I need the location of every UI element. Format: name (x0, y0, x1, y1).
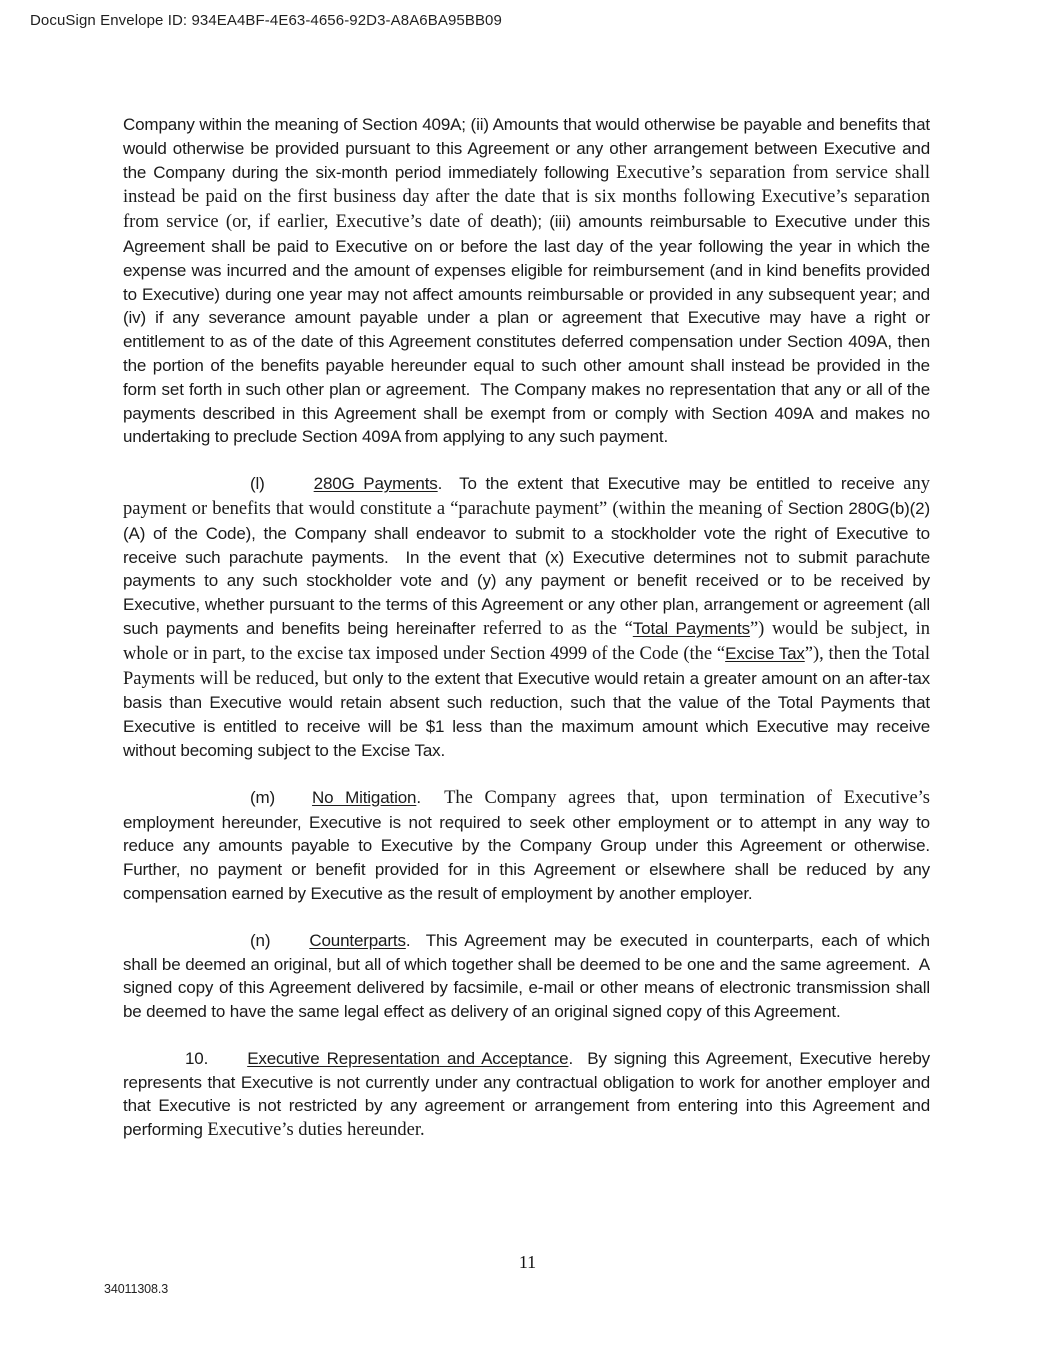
docusign-envelope-id: DocuSign Envelope ID: 934EA4BF-4E63-4656… (30, 12, 502, 29)
section-label: 10. (185, 1049, 208, 1068)
defined-term: Total Payments (633, 619, 750, 638)
text-run: referred to as the “ (483, 619, 633, 639)
defined-term: Excise Tax (725, 644, 805, 663)
paragraph: 10.Executive Representation and Acceptan… (123, 1047, 930, 1143)
tab-spacer (275, 802, 312, 803)
paragraph: (m)No Mitigation. The Company agrees tha… (123, 786, 930, 906)
text-run: death); (iii) amounts reimbursable to Ex… (123, 212, 935, 446)
paragraph: (n)Counterparts. This Agreement may be e… (123, 929, 930, 1024)
text-run: . This Agreement may be executed in coun… (123, 931, 935, 1021)
paragraph: (l)280G Payments. To the extent that Exe… (123, 472, 930, 763)
text-run: . (416, 788, 444, 807)
tab-spacer (270, 945, 309, 946)
tab-spacer (265, 488, 314, 489)
section-label: (n) (250, 931, 270, 950)
tab-spacer (208, 1063, 247, 1064)
document-page: { "colors": { "text": "#1a1a1a", "backgr… (0, 0, 1055, 1365)
text-run: . To the extent that Executive may be en… (438, 474, 904, 493)
section-label: (l) (250, 474, 265, 493)
section-label: (m) (250, 788, 275, 807)
text-run: Section 280G(b)(2)(A) of the Code), the … (123, 499, 935, 638)
text-run: Executive’s duties hereunder. (207, 1120, 424, 1140)
text-run: The Company agrees that, upon terminatio… (444, 788, 935, 808)
section-heading: Executive Representation and Acceptance (247, 1049, 568, 1068)
section-heading: 280G Payments (314, 474, 438, 493)
text-run: employment hereunder, Executive is not r… (123, 813, 939, 903)
section-heading: No Mitigation (312, 788, 416, 807)
page-body: Company within the meaning of Section 40… (123, 113, 930, 1166)
document-control-number: 34011308.3 (104, 1282, 168, 1296)
page-number: 11 (0, 1252, 1055, 1273)
section-heading: Counterparts (309, 931, 405, 950)
paragraph: Company within the meaning of Section 40… (123, 113, 930, 449)
